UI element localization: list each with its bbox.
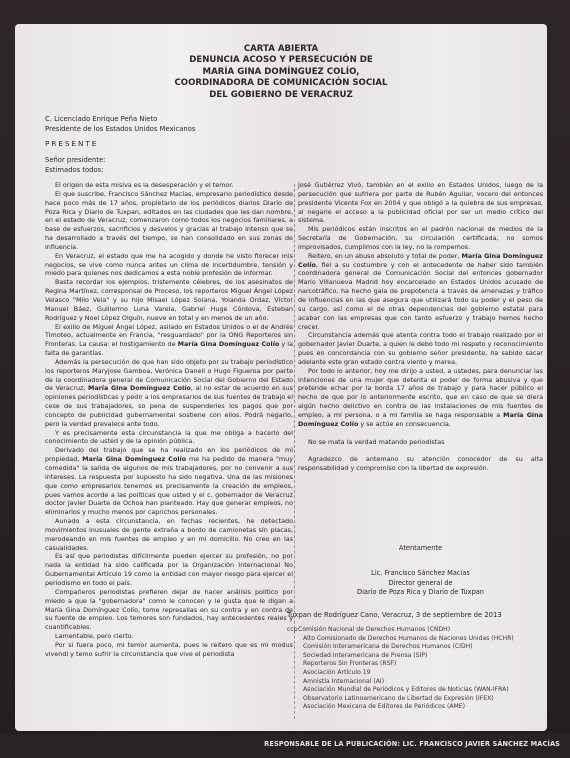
addressee-name: C. Licenciado Enrique Peña Nieto [45,114,195,124]
ccp-item: Comisión Interamericana de Derechos Huma… [298,643,514,652]
salutation-line: Señor presidente: [45,155,105,165]
paragraph-text: y se actúe en consecuencia. [358,420,451,428]
paragraph-text: me ha pedido de manera "muy comedida" la… [45,455,293,516]
ccp-item: Asociación Mundial de Periódicos y Edito… [298,686,514,695]
title-line: COORDINADORA DE COMUNICACIÓN SOCIAL [15,78,547,89]
paragraph: José Gutiérrez Vivó, también en el exili… [298,181,543,225]
document-sheet: CARTA ABIERTA DENUNCIA ACOSO Y PERSECUCI… [15,24,547,731]
paragraph: Lamentable, pero cierto. [45,632,293,641]
salutation: Señor presidente: Estimados todos: [45,155,105,175]
ccp-item: Alto Comisionado de Derechos Humanos de … [298,635,514,644]
salutation-line: Estimados todos: [45,165,105,175]
ccp-item: Asociación Artículo 19 [298,669,514,678]
presente-label: PRESENTE [45,139,98,148]
highlighted-name: María Gina Domínguez Colío [82,455,186,463]
paragraph: Por todo lo anterior, hoy me dirijo a us… [298,367,543,429]
paragraph: Además la persecución de que han sido ob… [45,358,293,429]
ccp-tag: ccp [287,626,298,635]
paragraph: Es así que periodistas difícilmente pued… [45,552,293,587]
highlighted-name: María Gina Domínguez Colío [178,340,280,348]
closing-atentamente: Atentamente [298,544,543,554]
addressee: C. Licenciado Enrique Peña Nieto Preside… [45,114,195,134]
title-line: MARÍA GINA DOMÍNGUEZ COLÍO, [15,67,547,78]
ccp-item: Reporteros Sin Fronteras (RSF) [298,660,514,669]
title-line: DEL GOBIERNO DE VERACRUZ [15,90,547,101]
paragraph: Agradezco de antemano su atención conoce… [298,455,543,473]
paragraph: Y es precisamente esta circunstancia la … [45,429,293,447]
paragraph: En Veracruz, el estado que me ha acogido… [45,252,293,279]
paragraph-text: , fiel a su costumbre y con el anteceden… [298,261,543,331]
signature-block: Lic. Francisco Sánchez Macías Director g… [298,569,543,598]
date-line: Tuxpan de Rodríguez Cano, Veracruz, 3 de… [287,611,502,619]
paragraph: Mis periódicos están inscritos en el pad… [298,225,543,252]
paragraph-text: Reitero, en un abuso absoluto y total de… [308,252,461,260]
side-label-text: INSERCIÓN PAGADA [5,635,13,711]
paragraph: El exilio de Miguel Ángel López, asilado… [45,323,293,358]
footer-responsible: RESPONSABLE DE LA PUBLICACIÓN: LIC. FRAN… [264,740,560,748]
signer-org: Diario de Poza Rica y Diario de Tuxpan [298,588,543,598]
footer-bar: RESPONSABLE DE LA PUBLICACIÓN: LIC. FRAN… [0,734,570,758]
motto: No se mata la verdad matando periodistas [298,438,543,447]
column-divider [294,184,295,719]
title-line: CARTA ABIERTA [15,44,547,55]
body-left-column: El origen de esta misiva es la desespera… [45,181,293,659]
paragraph: Derivado del trabajo que se ha realizado… [45,446,293,517]
paragraph: Basta recordar los ejemplos, tristemente… [45,278,293,322]
document-title: CARTA ABIERTA DENUNCIA ACOSO Y PERSECUCI… [15,44,547,101]
paragraph: Reitero, en un abuso absoluto y total de… [298,252,543,332]
paragraph: El origen de esta misiva es la desespera… [45,181,293,190]
side-label: INSERCIÓN PAGADA [3,618,15,728]
highlighted-name: María Gina Domínguez Colío [88,384,191,392]
ccp-item: Amnistía Internacional (AI) [298,678,514,687]
addressee-title: Presidente de los Estados Unidos Mexican… [45,124,195,134]
body-right-column: José Gutiérrez Vivó, también en el exili… [298,181,543,473]
paragraph: Circunstancia además que atenta contra t… [298,331,543,366]
paragraph: Compañeros periodistas prefieren dejar d… [45,588,293,632]
paragraph: Por si fuera poco, mi temor aumenta, pue… [45,641,293,659]
paragraph: El que suscribe, Francisco Sánchez Macía… [45,190,293,252]
paragraph: Aunado a esta circunstancia, en fechas r… [45,517,293,552]
ccp-list: ccp Comisión Nacional de Derechos Humano… [298,626,514,712]
signer-title: Director general de [298,579,543,589]
signer-name: Lic. Francisco Sánchez Macías [298,569,543,579]
title-line: DENUNCIA ACOSO Y PERSECUCIÓN DE [15,55,547,66]
ccp-item: Comisión Nacional de Derechos Humanos (C… [298,626,514,635]
ccp-item: Sociedad Interamericana de Prensa (SIP) [298,652,514,661]
ccp-item: Asociación Mexicana de Editores de Perió… [298,703,514,712]
